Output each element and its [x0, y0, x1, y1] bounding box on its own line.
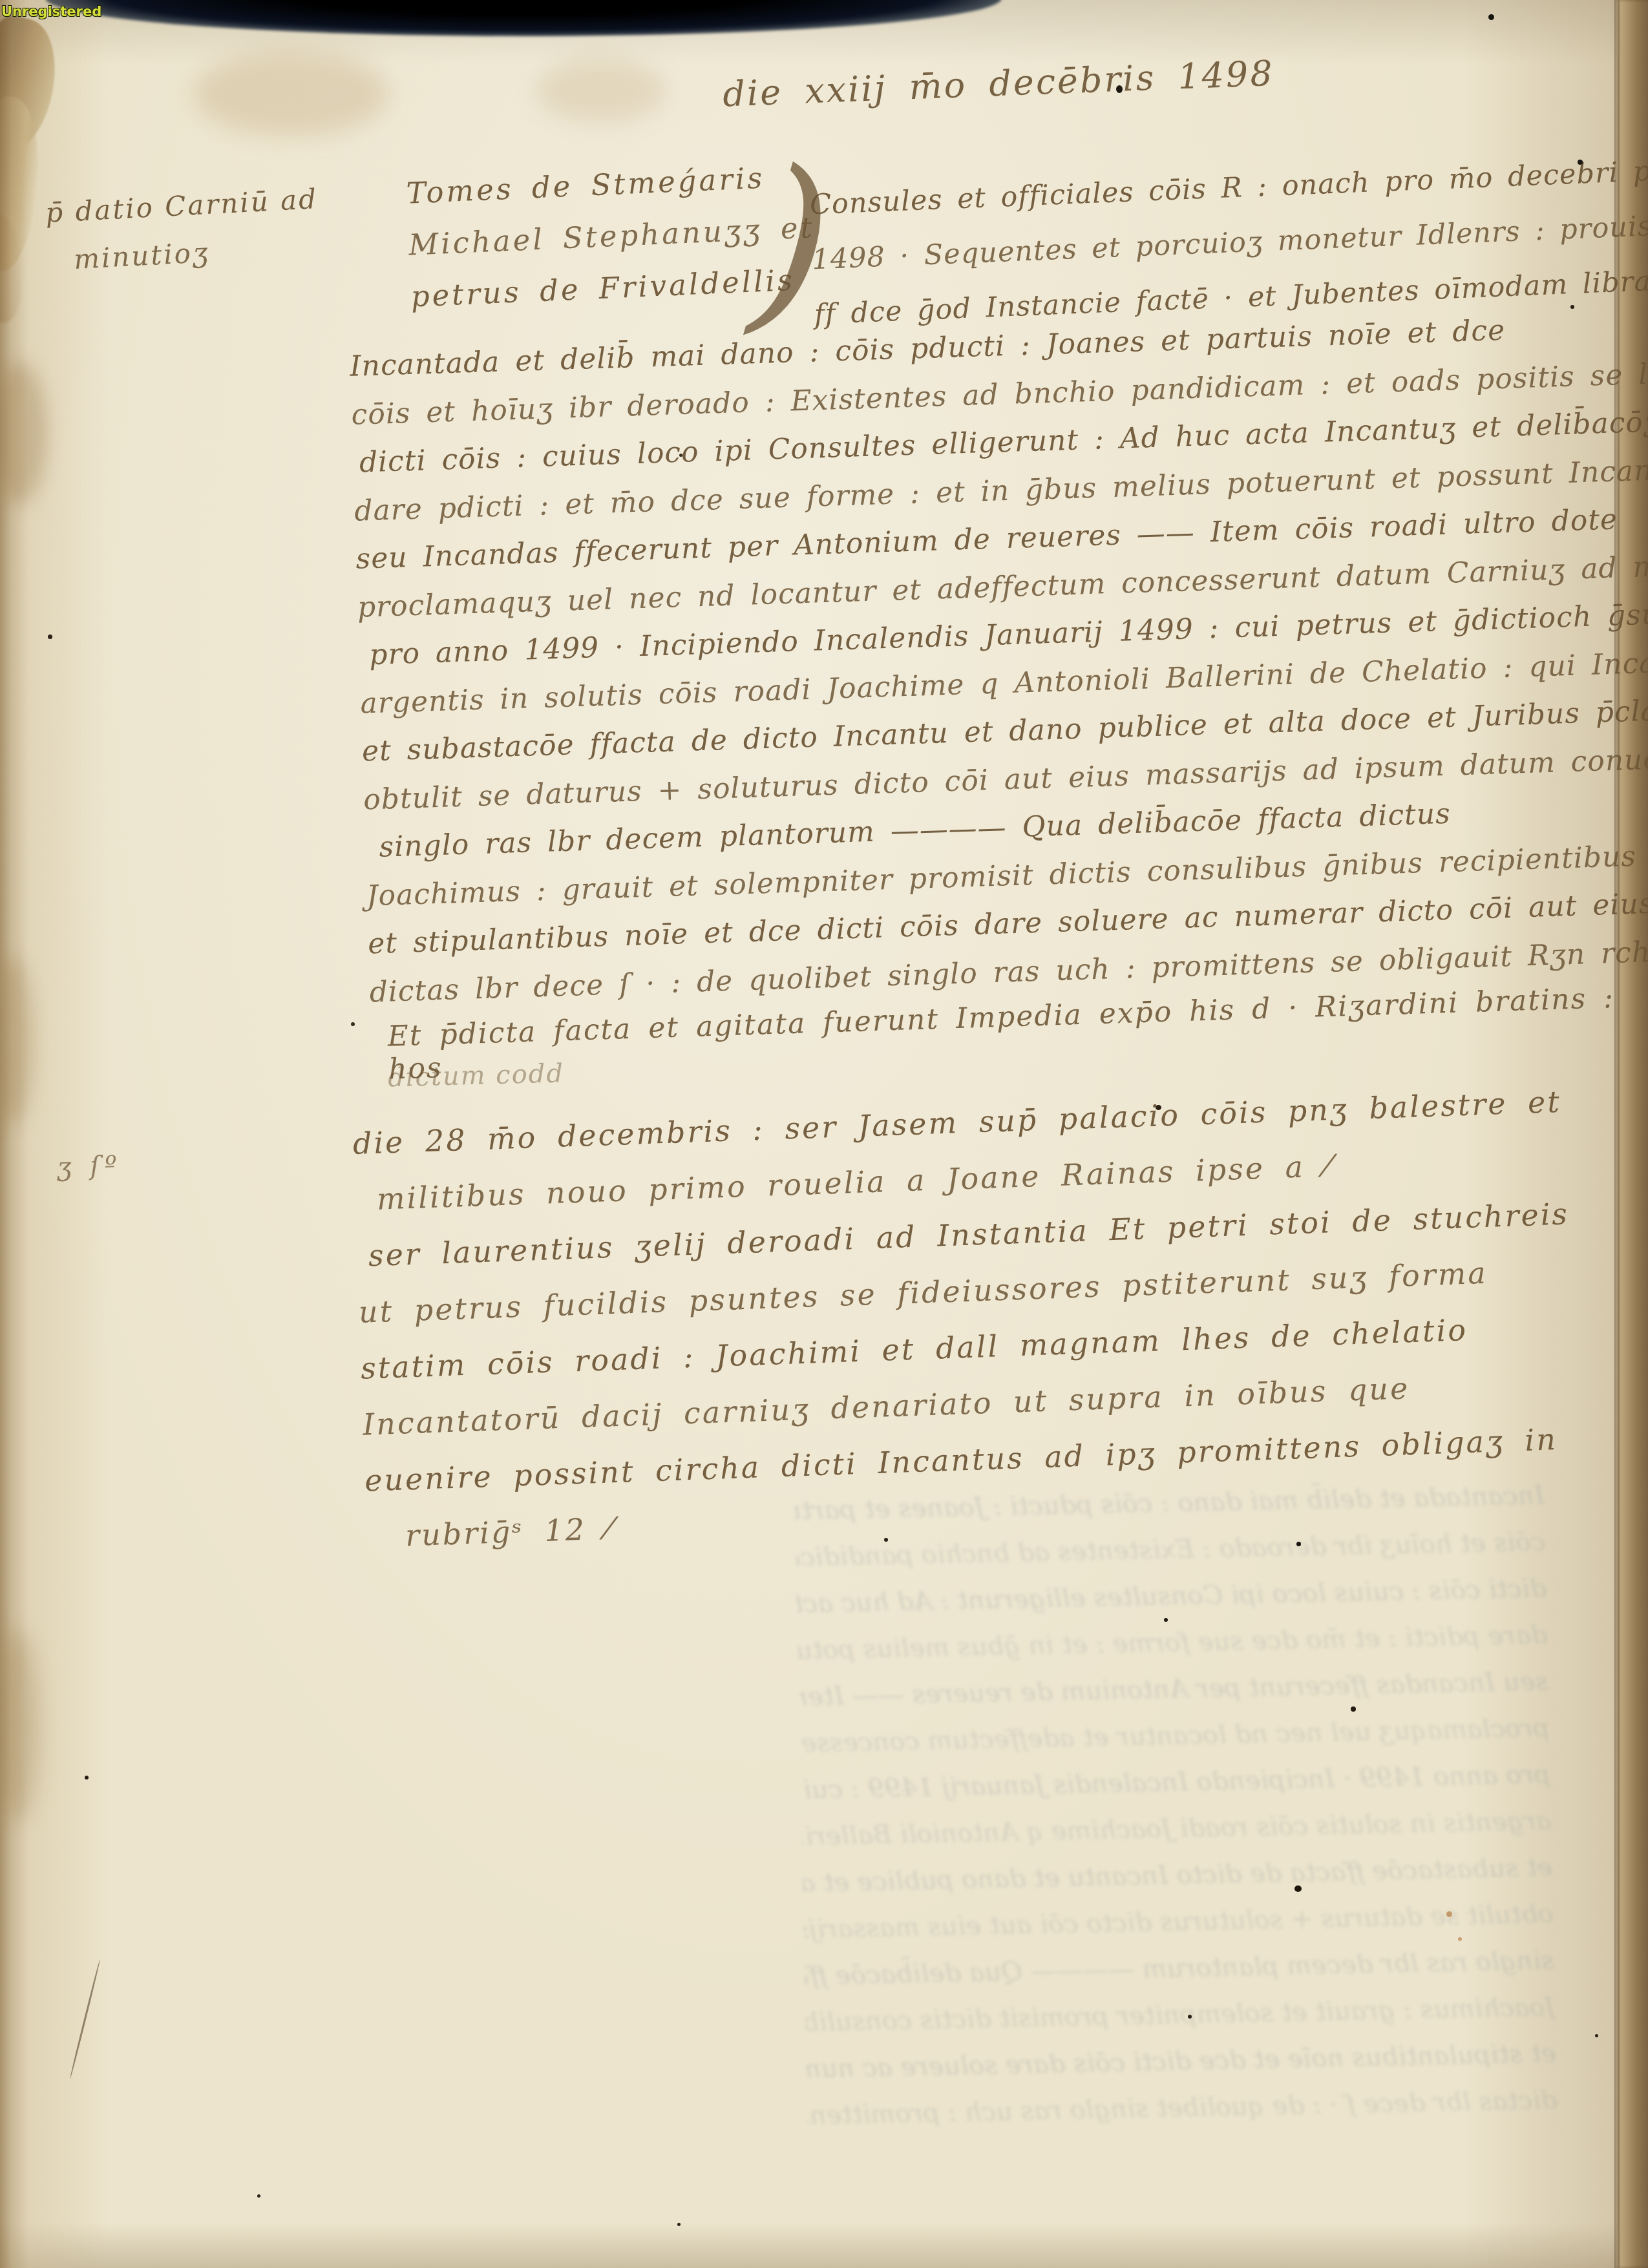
paper-stain	[194, 52, 388, 136]
ink-speck	[1156, 1105, 1161, 1110]
ink-speck	[1578, 160, 1583, 165]
ink-speck	[1570, 305, 1574, 309]
scanner-edge-shadow	[45, 0, 1002, 36]
paper-stain	[536, 58, 666, 123]
main-paragraph: Incantada et delib̄ mai dano : cōis pduc…	[349, 304, 1630, 1017]
rust-fleck	[1446, 1911, 1452, 1917]
ink-speck	[1116, 85, 1123, 93]
scanner-watermark: Unregistered	[1, 4, 101, 19]
ink-speck	[1164, 1618, 1168, 1622]
ink-speck	[677, 2223, 681, 2226]
ink-speck	[257, 2194, 260, 2198]
verso-showthrough: Incantada et delib̄ mai dano : cōis pduc…	[794, 1472, 1558, 2143]
page-edge-seam	[1618, 0, 1620, 2268]
ink-speck	[1595, 2034, 1598, 2037]
faded-line: dictum codd	[387, 1058, 564, 1093]
ink-speck	[1294, 1885, 1302, 1892]
ink-speck	[85, 1776, 89, 1780]
date-heading: die xxiij m̄o decēbris 1498	[722, 53, 1275, 115]
margin-note: p̄ datio Carniū adminutioʒ	[44, 175, 321, 285]
deckle-edge	[0, 0, 110, 2268]
margin-mark: ʒ ſº	[56, 1150, 122, 1182]
ink-speck	[351, 1022, 355, 1026]
ink-speck	[48, 635, 52, 639]
ink-speck	[1296, 1542, 1301, 1546]
ink-speck	[679, 454, 682, 457]
manuscript-page: Unregistered die xxiij m̄o decēbris 1498…	[0, 0, 1648, 2268]
ink-speck	[1488, 14, 1494, 20]
ink-speck	[1188, 2015, 1192, 2019]
ink-speck	[884, 1538, 888, 1542]
ink-speck	[1351, 1706, 1356, 1712]
rust-fleck	[1458, 1937, 1462, 1941]
